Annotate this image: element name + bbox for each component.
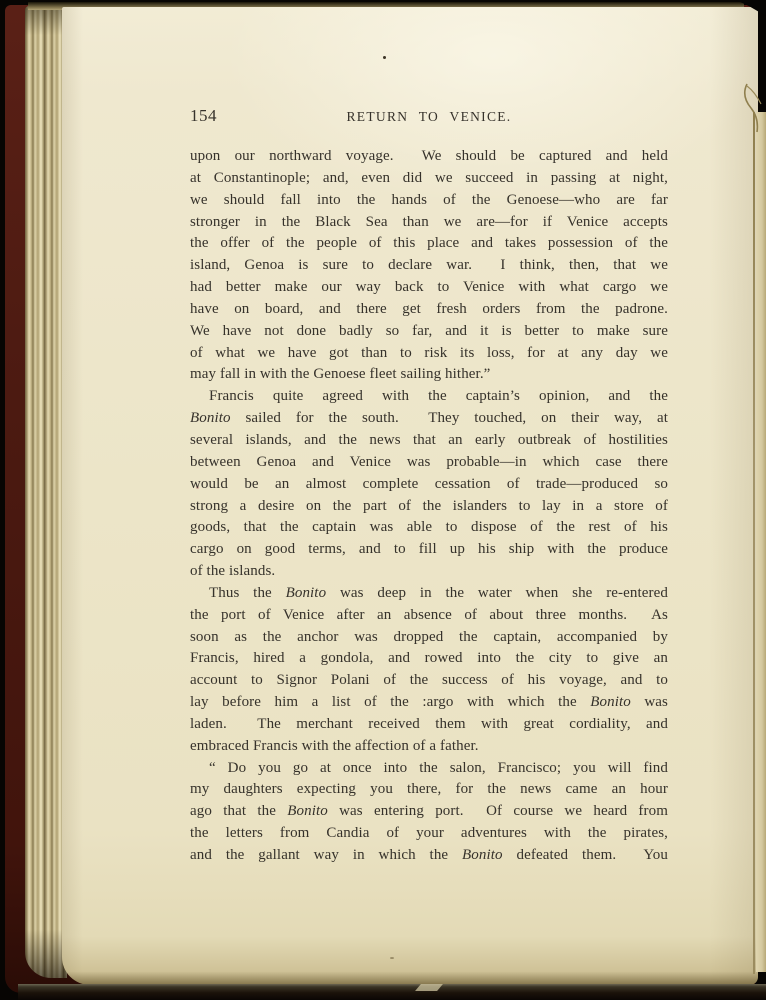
text-line: have on board, and there get fresh order…: [190, 299, 668, 321]
text-line: “ Do you go at once into the salon, Fran…: [190, 758, 668, 780]
paper-speck: [390, 957, 394, 959]
text-line: We have not done badly so far, and it is…: [190, 321, 668, 343]
text-line: we should fall into the hands of the Gen…: [190, 190, 668, 212]
text-line: and the gallant way in which the Bonito …: [190, 845, 668, 867]
page-edge-stack-left: [25, 6, 67, 978]
text-line: at Constantinople; and, even did we succ…: [190, 168, 668, 190]
running-header: 154 RETURN TO VENICE.: [190, 104, 668, 126]
page-right-edge-line: [753, 112, 755, 974]
paragraph: upon our northward voyage. We should be …: [190, 146, 668, 386]
text-line: Bonito sailed for the south. They touche…: [190, 408, 668, 430]
text-line: Thus the Bonito was deep in the water wh…: [190, 583, 668, 605]
text-line: laden. The merchant received them with g…: [190, 714, 668, 736]
thread-artifact: [733, 82, 765, 134]
scanned-book-photo: { "page": { "number": "154", "running_ti…: [0, 0, 766, 1000]
paragraph: Francis quite agreed with the captain’s …: [190, 386, 668, 583]
text-line: island, Genoa is sure to declare war. I …: [190, 255, 668, 277]
paragraph: “ Do you go at once into the salon, Fran…: [190, 758, 668, 867]
text-line: the letters from Candia of your adventur…: [190, 823, 668, 845]
page-right-edge: [756, 112, 766, 972]
cover-bottom-edge: [18, 984, 766, 1000]
text-line: ago that the Bonito was entering port. O…: [190, 801, 668, 823]
text-line: would be an almost complete cessation of…: [190, 474, 668, 496]
text-line: between Genoa and Venice was probable—in…: [190, 452, 668, 474]
paragraph: Thus the Bonito was deep in the water wh…: [190, 583, 668, 758]
text-line: the port of Venice after an absence of a…: [190, 605, 668, 627]
page-content: 154 RETURN TO VENICE. upon our northward…: [190, 104, 668, 867]
body-text: upon our northward voyage. We should be …: [190, 146, 668, 867]
text-line: strong a desire on the part of the islan…: [190, 496, 668, 518]
text-line: Francis quite agreed with the captain’s …: [190, 386, 668, 408]
text-line: lay before him a list of the :argo with …: [190, 692, 668, 714]
text-line: upon our northward voyage. We should be …: [190, 146, 668, 168]
text-line: goods, that the captain was able to disp…: [190, 517, 668, 539]
text-line: had better make our way back to Venice w…: [190, 277, 668, 299]
text-line: account to Signor Polani of the success …: [190, 670, 668, 692]
text-line: Francis, hired a gondola, and rowed into…: [190, 648, 668, 670]
text-line: stronger in the Black Sea than we are—fo…: [190, 212, 668, 234]
text-line: cargo on good terms, and to fill up his …: [190, 539, 668, 561]
text-line: of what we have got than to risk its los…: [190, 343, 668, 365]
text-line: soon as the anchor was dropped the capta…: [190, 627, 668, 649]
running-title: RETURN TO VENICE.: [190, 109, 668, 125]
paper-speck: [383, 56, 386, 59]
text-line: the offer of the people of this place an…: [190, 233, 668, 255]
text-line: several islands, and the news that an ea…: [190, 430, 668, 452]
text-line: my daughters expecting you there, for th…: [190, 779, 668, 801]
